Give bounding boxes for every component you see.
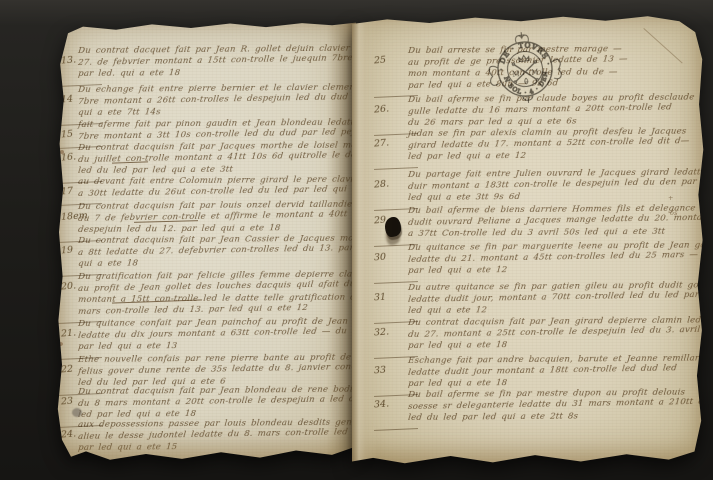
entry-number: 15 bbox=[61, 129, 74, 141]
entry-number: 21. bbox=[61, 327, 77, 339]
ink-speck bbox=[60, 150, 64, 154]
register-entry: 28.Du partage fait entre Julien ouvrard … bbox=[352, 170, 704, 205]
handwritten-line: led qui a ete 3tt 9s 6d bbox=[407, 191, 668, 205]
entry-number: 23 bbox=[61, 396, 74, 408]
left-page-entries: 13.Du contrat dacquet fait par Jean R. g… bbox=[56, 20, 356, 462]
register-entry: 30Du quitance se fin par marguerite leen… bbox=[352, 243, 704, 278]
margin-plus-mark: + bbox=[668, 194, 673, 202]
register-entry: 24.aux depossessions passee par louis bl… bbox=[56, 420, 356, 455]
entry-number: 19 bbox=[61, 245, 74, 257]
register-entry: 17au devant fait entre Colomuin pierre g… bbox=[56, 177, 356, 200]
handwritten-line: par led. qui a ete 18 bbox=[77, 67, 346, 81]
register-entry: 19Du contrat dacquisn fait par Jean Cass… bbox=[56, 236, 356, 271]
handwritten-line: par led qui a ete 18 bbox=[407, 339, 668, 353]
register-entry: 26.Du bail aferme se fin par claude boye… bbox=[352, 95, 704, 130]
register-entry: 15fait aferme fait par pinon gaudin et J… bbox=[56, 120, 356, 143]
ink-speck bbox=[58, 342, 63, 346]
register-entry: 14Du echange fait entre pierre bernier e… bbox=[56, 85, 356, 120]
paper-stain bbox=[72, 408, 82, 417]
handwritten-line: qui a ete 18 bbox=[77, 257, 346, 271]
register-entry: 20.Du gratification fait par felicie gil… bbox=[56, 272, 356, 318]
ink-blot bbox=[385, 217, 401, 237]
register-entry: 27.judan se fin par alexis clamin au pro… bbox=[352, 129, 704, 164]
photographed-manuscript: 13.Du contrat dacquet fait par Jean R. g… bbox=[0, 0, 713, 480]
entry-number: 26. bbox=[374, 103, 390, 115]
entry-number: 31 bbox=[374, 292, 387, 304]
entry-number: 13. bbox=[61, 54, 77, 66]
entry-separator bbox=[374, 428, 418, 431]
handwritten-line: par led qui a ete 15 bbox=[77, 441, 346, 455]
register-entry: 25Du bail arreste se fin par mestre mara… bbox=[352, 46, 704, 92]
register-entry: 18emDu contrat dacquisn fait par louis o… bbox=[56, 202, 356, 237]
entry-number: 24. bbox=[61, 428, 77, 440]
handwritten-line: par led qui a ete 12 bbox=[407, 264, 668, 278]
register-entry: 16.Du contrat dacquisn fait par Jacques … bbox=[56, 143, 356, 178]
entry-number: 30 bbox=[374, 252, 387, 264]
margin-note: 6s bbox=[670, 209, 677, 217]
right-page: · DE · TOVRS · VN SOL · 4 · DEN· M M 25D… bbox=[352, 14, 704, 466]
handwritten-line: led du led par led qui a ete 2tt 8s bbox=[407, 411, 668, 425]
entry-number: 25 bbox=[374, 55, 387, 67]
right-page-wrap: · DE · TOVRS · VN SOL · 4 · DEN· M M 25D… bbox=[352, 14, 704, 466]
register-entry: 21.Du quitance confait par Jean painchof… bbox=[56, 319, 356, 354]
entry-number: 34. bbox=[374, 398, 390, 410]
register-entry: 29Du bail aferme de biens darriere Homme… bbox=[352, 206, 704, 241]
handwritten-line: par led qui a ete 13 bbox=[77, 340, 346, 354]
register-entry: 32.Du contrat dacquisn fait par Jean gir… bbox=[352, 318, 704, 353]
entry-number: 22 bbox=[61, 364, 74, 376]
entry-number: 14 bbox=[61, 94, 74, 106]
register-entry: 33Eschange fait par andre bacquien, baru… bbox=[352, 356, 704, 391]
entry-separator bbox=[58, 458, 102, 461]
register-entry: 13.Du contrat dacquet fait par Jean R. g… bbox=[56, 46, 356, 81]
left-page: 13.Du contrat dacquet fait par Jean R. g… bbox=[56, 20, 356, 462]
right-page-entries: 25Du bail arreste se fin par mestre mara… bbox=[352, 14, 704, 466]
entry-number: 20. bbox=[61, 280, 77, 292]
left-page-wrap: 13.Du contrat dacquet fait par Jean R. g… bbox=[56, 20, 356, 462]
handwritten-line: led par led qui a ete 12 bbox=[407, 150, 668, 164]
handwritten-line: a 37tt Con-trolle led du 3 avril 50s led… bbox=[407, 227, 668, 241]
register-entry: 31Du autre quitance se fin par gatien gi… bbox=[352, 283, 704, 318]
entry-number: 28. bbox=[374, 178, 390, 190]
register-entry: 23Du contrat dacquisn fait par Jean blon… bbox=[56, 387, 356, 422]
entry-number: 33 bbox=[374, 365, 387, 377]
entry-number: 17 bbox=[61, 186, 74, 198]
register-entry: 34.Du bail aferme se fin par mestre dupo… bbox=[352, 390, 704, 425]
entry-number: 32. bbox=[374, 326, 390, 338]
entry-number: 27. bbox=[374, 137, 390, 149]
